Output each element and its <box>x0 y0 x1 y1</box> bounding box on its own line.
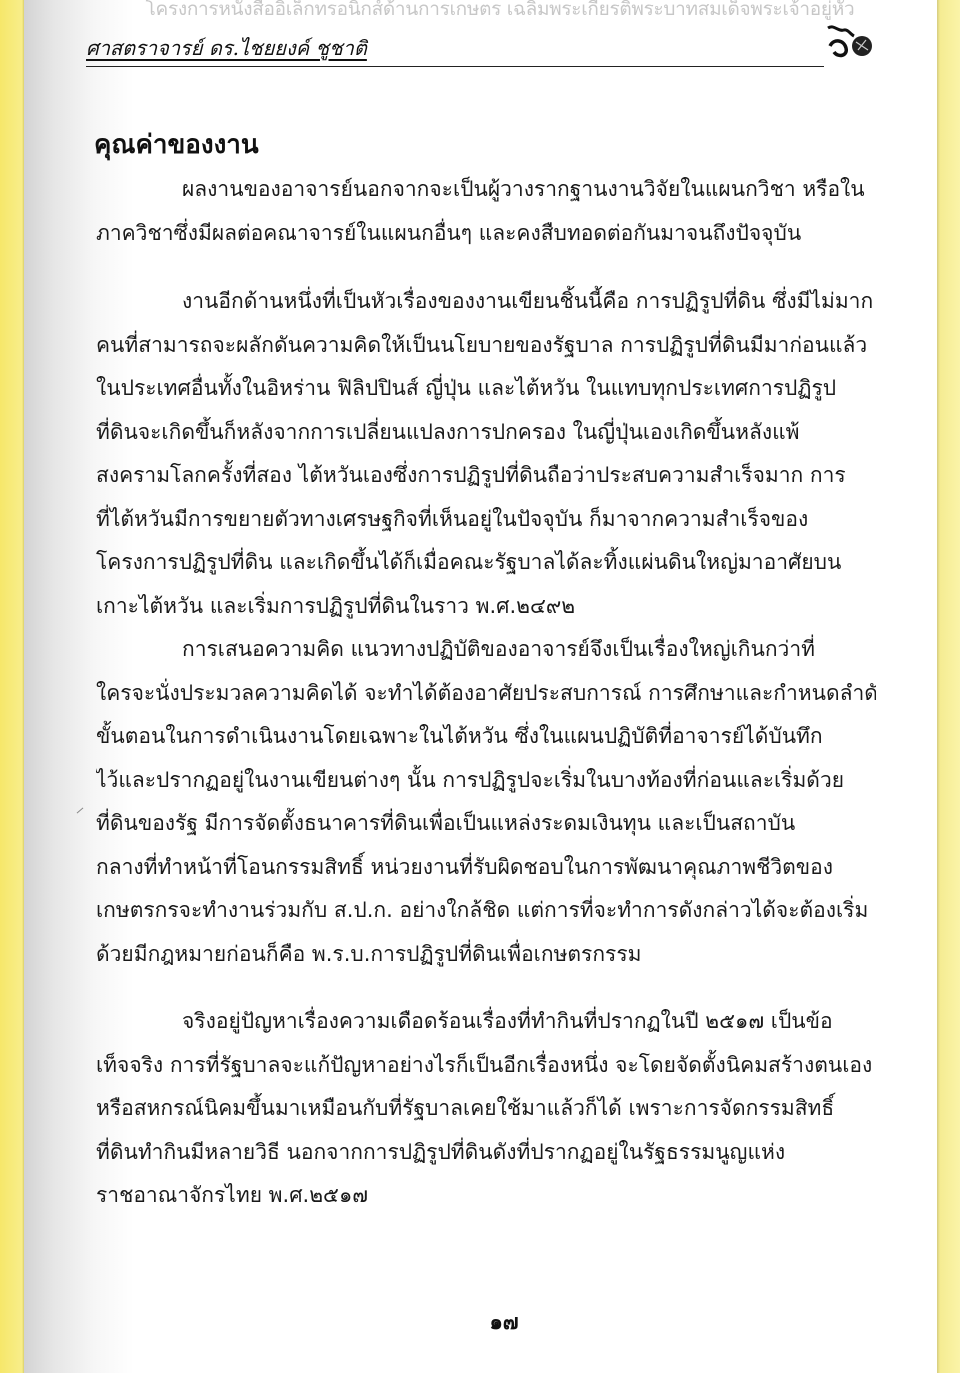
text-line: ที่ดินทำกินมีหลายวิธี นอกจากการปฏิรูปที่… <box>96 1131 876 1175</box>
text-line: กลางที่ทำหน้าที่โอนกรรมสิทธิ์ หน่วยงานที… <box>96 846 876 890</box>
text-line: ด้วยมีกฎหมายก่อนก็คือ พ.ร.บ.การปฏิรูปที่… <box>96 933 876 977</box>
scan-mark <box>77 808 84 814</box>
author-name: ศาสตราจารย์ ดร.ไชยยงค์ ชูชาติ <box>86 32 367 64</box>
section-title: คุณค่าของงาน <box>94 124 259 165</box>
text-line: สงครามโลกครั้งที่สอง ไต้หวันเองซึ่งการปฏ… <box>96 454 876 498</box>
text-line: จริงอยู่ปัญหาเรื่องความเดือดร้อนเรื่องที… <box>96 1000 876 1044</box>
text-line: ไว้และปรากฏอยู่ในงานเขียนต่างๆ นั้น การป… <box>96 759 876 803</box>
text-line: คนที่สามารถจะผลักดันความคิดให้เป็นนโยบาย… <box>96 324 876 368</box>
text-line: ราชอาณาจักรไทย พ.ศ.๒๕๑๗ <box>96 1174 876 1218</box>
paragraph-4: จริงอยู่ปัญหาเรื่องความเดือดร้อนเรื่องที… <box>96 1000 876 1218</box>
paragraph-1: ผลงานของอาจารย์นอกจากจะเป็นผู้วางรากฐานง… <box>96 168 876 255</box>
paragraph-2: งานอีกด้านหนึ่งที่เป็นหัวเรื่องของงานเขี… <box>96 280 876 628</box>
text-line: ภาควิชาซึ่งมีผลต่อคณาจารย์ในแผนกอื่นๆ แล… <box>96 212 876 256</box>
text-line: ผลงานของอาจารย์นอกจากจะเป็นผู้วางรากฐานง… <box>96 168 876 212</box>
text-line: ที่ดินของรัฐ มีการจัดตั้งธนาคารที่ดินเพื… <box>96 802 876 846</box>
text-line: หรือสหกรณ์นิคมขึ้นมาเหมือนกับที่รัฐบาลเค… <box>96 1087 876 1131</box>
page-number: ๑๗ <box>464 1306 544 1339</box>
text-line: ขั้นตอนในการดำเนินงานโดยเฉพาะในไต้หวัน ซ… <box>96 715 876 759</box>
yellow-frame-right <box>936 0 960 1373</box>
text-line: การเสนอความคิด แนวทางปฏิบัติของอาจารย์จึ… <box>96 628 876 672</box>
text-line: งานอีกด้านหนึ่งที่เป็นหัวเรื่องของงานเขี… <box>96 280 876 324</box>
text-line: เกษตรกรจะทำงานร่วมกับ ส.ป.ก. อย่างใกล้ชิ… <box>96 889 876 933</box>
paragraph-3: การเสนอความคิด แนวทางปฏิบัติของอาจารย์จึ… <box>96 628 876 976</box>
text-line: ที่ดินจะเกิดขึ้นก็หลังจากการเปลี่ยนแปลงก… <box>96 411 876 455</box>
text-line: เท็จจริง การที่รัฐบาลจะแก้ปัญหาอย่างไรก็… <box>96 1044 876 1088</box>
text-line: ในประเทศอื่นทั้งในอิหร่าน ฟิลิปปินส์ ญี่… <box>96 367 876 411</box>
running-head: โครงการหนังสืออิเล็กทรอนิกส์ด้านการเกษตร… <box>140 0 860 24</box>
page-header: ศาสตราจารย์ ดร.ไชยยงค์ ชูชาติ <box>86 30 824 67</box>
text-line: ใครจะนั่งประมวลความคิดได้ จะทำได้ต้องอาศ… <box>96 672 876 716</box>
text-line: โครงการปฏิรูปที่ดิน และเกิดขึ้นได้ก็เมื่… <box>96 541 876 585</box>
emblem-icon <box>824 22 876 62</box>
text-line: เกาะไต้หวัน และเริ่มการปฏิรูปที่ดินในราว… <box>96 585 876 629</box>
document-page: โครงการหนังสืออิเล็กทรอนิกส์ด้านการเกษตร… <box>24 0 937 1373</box>
text-line: ที่ไต้หวันมีการขยายตัวทางเศรษฐกิจที่เห็น… <box>96 498 876 542</box>
